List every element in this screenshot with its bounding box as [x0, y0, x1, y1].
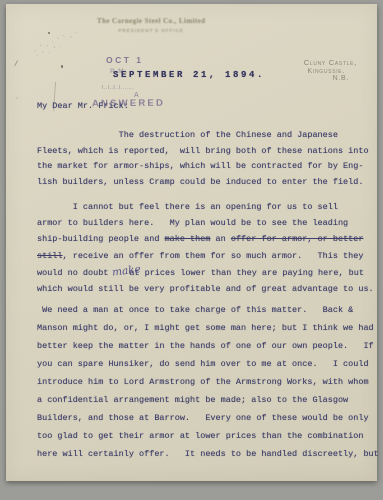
letter-line: you can spare Hunsiker, do send him over… [37, 355, 379, 373]
text-segment: at prices lower than they are paying her… [129, 268, 364, 278]
text-segment: The destruction of the Chinese and Japan… [37, 130, 338, 140]
text-segment: Builders, and those at Barrow. Every one… [37, 413, 369, 423]
letter-line: introduce him to Lord Armstrong of the A… [37, 373, 379, 391]
address-castle: Cluny Castle, [304, 58, 357, 67]
pencil-annotation: , ' , · ' ' , · · ' , ' · [33, 30, 83, 60]
text-segment: armor to builders here. My plan would be… [37, 218, 348, 228]
text-segment: ship-building people and [37, 234, 165, 244]
letter-line: which would still be very profitable and… [37, 281, 374, 297]
stamp-scale-marks: I..I..I..I....... [102, 85, 134, 91]
letter-line: better keep the matter in the hands of o… [37, 337, 379, 355]
letter-line: the market for armor-ships, which will b… [37, 159, 369, 175]
text-segment: you can spare Hunsiker, do send him over… [37, 359, 369, 369]
strikethrough-segment: make them [165, 234, 211, 244]
text-segment: I cannot but feel there is an opening fo… [37, 202, 338, 212]
letter-paragraph: The destruction of the Chinese and Japan… [37, 128, 369, 190]
letter-line: still, receive an offer from them for so… [37, 248, 374, 264]
text-segment: would no doubt [37, 268, 114, 278]
letter-paragraph: We need a man at once to take charge of … [37, 301, 379, 463]
office-name-stamp: PRESIDENT'S OFFICE [97, 28, 205, 33]
scanned-letter-screenshot: { "colors": { "paper": "#d9d4c0", "backg… [0, 0, 383, 500]
text-segment: We need a man at once to take charge of … [37, 305, 353, 315]
text-segment: , receive an offer from them for so much… [63, 251, 364, 261]
text-segment: lish builders, unless Cramp could be ind… [37, 177, 363, 187]
letter-line: Builders, and those at Barrow. Every one… [37, 409, 379, 427]
company-name-stamp: The Carnegie Steel Co., Limited [97, 17, 205, 25]
letter-line: lish builders, unless Cramp could be ind… [37, 175, 369, 191]
letter-line: The destruction of the Chinese and Japan… [37, 128, 369, 144]
letter-line: too glad to get their armor at lower pri… [37, 427, 379, 445]
typed-date: SEPTEMBER 21, 1894. [113, 70, 265, 80]
ink-mark [61, 65, 63, 68]
letter-line: here will certainly offer. It needs to b… [37, 445, 379, 463]
text-segment: introduce him to Lord Armstrong of the A… [37, 377, 369, 387]
company-received-stamp: The Carnegie Steel Co., Limited PRESIDEN… [97, 17, 205, 33]
letter-line: I cannot but feel there is an opening fo… [37, 199, 374, 215]
handwritten-insertion: make [111, 261, 142, 281]
text-segment: too glad to get their armor at lower pri… [37, 431, 363, 441]
received-date-stamp: OCT 1 [106, 55, 144, 65]
text-segment: Fleets, which is reported, will bring bo… [37, 146, 369, 156]
ink-mark: ' [15, 97, 18, 104]
letter-line: armor to builders here. My plan would be… [37, 215, 374, 231]
text-segment: a confidential arrangement might be made… [37, 395, 348, 405]
text-segment: better keep the matter in the hands of o… [37, 341, 374, 351]
text-segment: the market for armor-ships, which will b… [37, 161, 363, 171]
letter-line: We need a man at once to take charge of … [37, 301, 379, 319]
text-segment: an [210, 234, 230, 244]
text-segment: which would still be very profitable and… [37, 284, 374, 294]
letter-paragraph: I cannot but feel there is an opening fo… [37, 199, 374, 297]
text-segment: here will certainly offer. It needs to b… [37, 449, 379, 459]
letter-line: Fleets, which is reported, will bring bo… [37, 144, 369, 160]
letterhead-address: Cluny Castle, Kingussie. N.B. [304, 58, 357, 82]
strikethrough-segment: still [37, 251, 63, 261]
ink-mark [48, 32, 50, 34]
salutation: My Dear Mr. Frick: [37, 101, 129, 111]
address-region: N.B. [304, 75, 349, 82]
letter-line: a confidential arrangement might be made… [37, 391, 379, 409]
letter-line: ship-building people and make them an of… [37, 231, 374, 247]
letter-line: would no doubt makeat prices lower than … [37, 264, 374, 281]
ink-mark: / [14, 59, 18, 68]
letter-line: Manson might do, or, I might get some ma… [37, 319, 379, 337]
letter-paper: The Carnegie Steel Co., Limited PRESIDEN… [6, 4, 377, 481]
address-town: Kingussie. [304, 68, 345, 75]
text-segment: Manson might do, or, I might get some ma… [37, 323, 374, 333]
strikethrough-segment: offer for armor, or better [231, 234, 364, 244]
